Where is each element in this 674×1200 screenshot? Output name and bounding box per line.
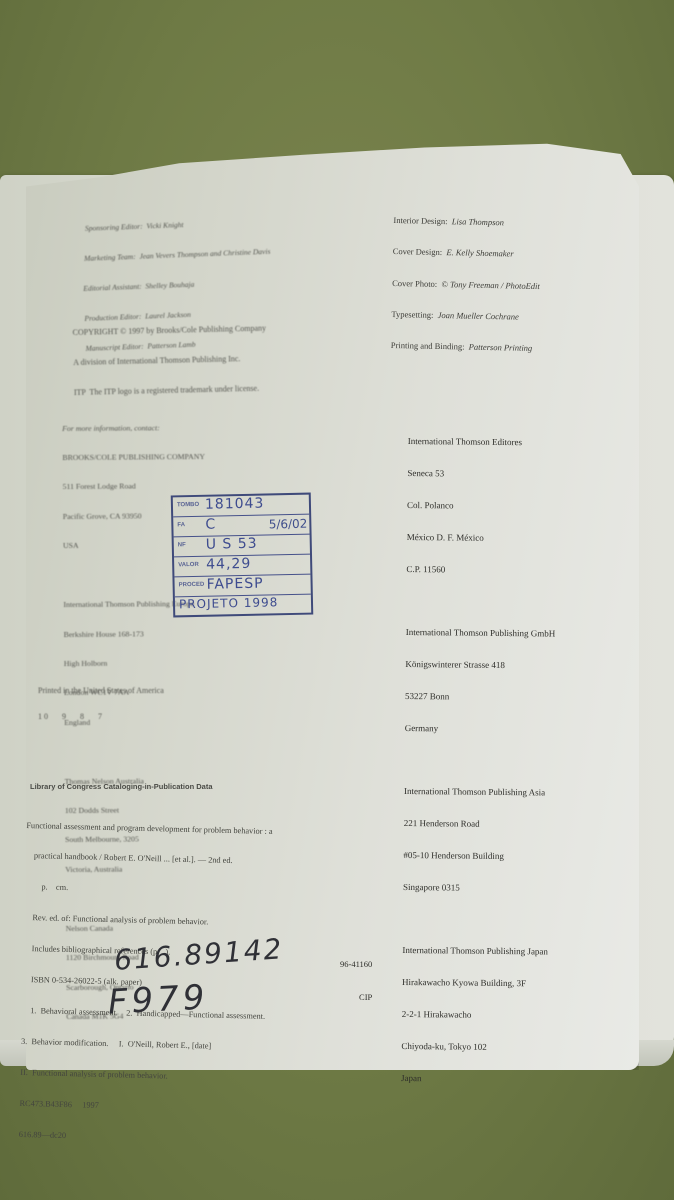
stamp-label: PROCED (179, 582, 205, 589)
cip-line: RC473.B43F86 1997 (19, 1099, 265, 1115)
address-line: International Thomson Publishing Asia (404, 786, 554, 799)
address-line: Col. Polanco (407, 500, 557, 513)
address-line: 2-2-1 Hirakawacho (402, 1009, 552, 1022)
copyright-line: A division of International Thomson Publ… (73, 354, 267, 368)
credit-line: Marketing Team: Jean Vevers Thompson and… (82, 247, 271, 263)
address-line: Königswinterer Strasse 418 (405, 659, 555, 672)
design-credits: Interior Design: Lisa Thompson Cover Des… (391, 194, 542, 364)
stamp-value: U S 53 (206, 536, 258, 553)
cip-line: II. Functional analysis of problem behav… (20, 1068, 266, 1084)
handwritten-cutter-number: F979 (107, 977, 209, 1022)
credit-line: Printing and Binding: Patterson Printing (391, 340, 539, 353)
address-line: Seneca 53 (407, 468, 557, 481)
cip-label: CIP (340, 992, 372, 1003)
stamp-label: VALOR (178, 562, 199, 568)
cip-line: p. cm. (25, 882, 271, 898)
credit-line: Interior Design: Lisa Thompson (393, 215, 541, 228)
address-line: Japan (401, 1073, 551, 1086)
stamp-label: FA (177, 522, 185, 528)
cip-line: Functional assessment and program develo… (26, 821, 272, 837)
credit-line: Typesetting: Joan Mueller Cochrane (391, 309, 539, 322)
cip-line: 3. Behavior modification. I. O'Neill, Ro… (21, 1037, 267, 1053)
cip-line: 616.89—dc20 (19, 1129, 265, 1145)
library-acquisition-stamp: TOMBO181043 FAC5/6/02 NFU S 53 VALOR44,2… (171, 493, 314, 618)
address-line: Singapore 0315 (403, 882, 553, 895)
address-line: Berkshire House 168-173 (64, 629, 207, 640)
stamp-value: PROJETO 1998 (179, 595, 279, 611)
credit-line: Cover Design: E. Kelly Shoemaker (393, 246, 541, 259)
stamp-label: TOMBO (177, 502, 199, 508)
copyright-notice: COPYRIGHT © 1997 by Brooks/Cole Publishi… (72, 304, 268, 408)
lccn: 96-41160 (340, 959, 372, 970)
stamp-value: 44,29 (206, 556, 251, 573)
cip-line: practical handbook / Robert E. O'Neill .… (25, 851, 271, 867)
stamp-row: PROJETO 1998 (175, 595, 311, 617)
address-line: 221 Henderson Road (404, 818, 554, 831)
stamp-value: FAPESP (206, 576, 263, 593)
cip-record: Functional assessment and program develo… (18, 800, 273, 1156)
stamp-date: 5/6/02 (269, 517, 308, 532)
cip-heading: Library of Congress Cataloging-in-Public… (30, 782, 213, 793)
address-line: México D. F. México (407, 532, 557, 545)
address-line: International Thomson Publishing Japan (402, 945, 552, 958)
printed-in: Printed in the United States of America (38, 686, 164, 697)
credit-line: Editorial Assistant: Shelley Bouhaja (83, 277, 272, 293)
copyright-line: ITP The ITP logo is a registered tradema… (74, 384, 268, 398)
cip-line: Rev. ed. of: Functional analysis of prob… (24, 913, 270, 929)
address-line: Hirakawacho Kyowa Building, 3F (402, 977, 552, 990)
address-line: C.P. 11560 (406, 564, 556, 577)
address-line: International Thomson Publishing GmbH (406, 627, 556, 640)
address-line: Chiyoda-ku, Tokyo 102 (401, 1041, 551, 1054)
print-line: 10 9 8 7 (38, 712, 104, 723)
credit-line: Sponsoring Editor: Vicki Knight (81, 217, 270, 233)
address-line: 511 Forest Lodge Road (63, 481, 206, 492)
address-line: BROOKS/COLE PUBLISHING COMPANY (62, 452, 205, 463)
contact-heading: For more information, contact: (62, 423, 205, 434)
address-line: Germany (405, 723, 555, 736)
stamp-value: C (205, 517, 216, 533)
address-line: #05-10 Henderson Building (403, 850, 553, 863)
copyright-line: COPYRIGHT © 1997 by Brooks/Cole Publishi… (72, 324, 266, 338)
address-line: International Thomson Editores (408, 436, 558, 449)
credit-line: Cover Photo: © Tony Freeman / PhotoEdit (392, 278, 540, 291)
address-line: 53227 Bonn (405, 691, 555, 704)
stamp-label: NF (178, 542, 186, 548)
stamp-value: 181043 (205, 496, 265, 513)
address-line: High Holborn (64, 658, 207, 669)
addresses-right: International Thomson Editores Seneca 53… (401, 415, 558, 1096)
cip-lccn: 96-41160 CIP (340, 937, 372, 1014)
